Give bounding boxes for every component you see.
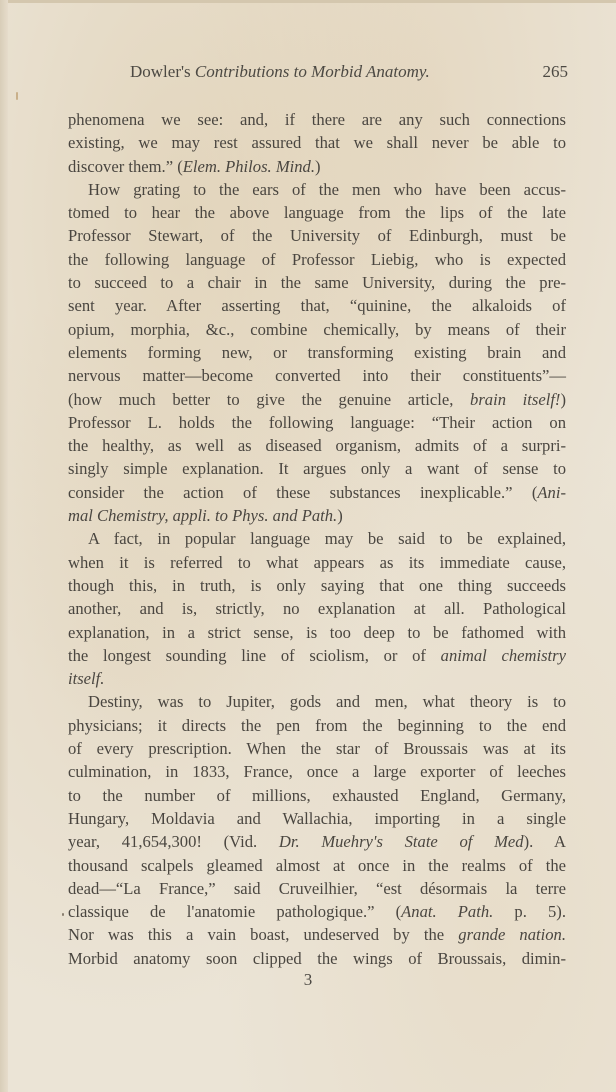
text-line: existing, we may rest assured that we sh… — [68, 131, 566, 154]
text-segment: consider the action of these substances … — [68, 483, 537, 502]
text-segment: culmination, in 1833, France, once a lar… — [68, 762, 566, 781]
text-line: culmination, in 1833, France, once a lar… — [68, 760, 566, 783]
text-segment: Professor Stewart, of the University of … — [68, 226, 566, 245]
text-segment: though this, in truth, is only saying th… — [68, 576, 566, 595]
text-line: opium, morphia, &c., combine chemically,… — [68, 318, 566, 341]
text-segment: ) — [337, 506, 343, 525]
text-line: to succeed to a chair in the same Univer… — [68, 271, 566, 294]
stain-mark — [16, 92, 18, 100]
text-segment: the longest sounding line of sciolism, o… — [68, 646, 441, 665]
text-segment: Destiny, was to Jupiter, gods and men, w… — [88, 692, 566, 711]
text-line: phenomena we see: and, if there are any … — [68, 108, 566, 131]
text-segment: existing, we may rest assured that we sh… — [68, 133, 566, 152]
page-number: 265 — [543, 62, 569, 82]
running-header: Dowler's Contributions to Morbid Anatomy… — [130, 62, 568, 86]
text-line: Professor Stewart, of the University of … — [68, 224, 566, 247]
text-segment: the following language of Professor Lieb… — [68, 250, 566, 269]
text-segment: tomed to hear the above language from th… — [68, 203, 566, 222]
text-segment: (how much better to give the genuine art… — [68, 390, 470, 409]
text-segment: ). A — [524, 832, 566, 851]
text-segment: Nor was this a vain boast, undeserved by… — [68, 925, 458, 944]
text-line: dead—“La France,” said Cruveilhier, “est… — [68, 877, 566, 900]
text-line: sent year. After asserting that, “quinin… — [68, 294, 566, 317]
text-line: the healthy, as well as diseased organis… — [68, 434, 566, 457]
text-line: explanation, in a strict sense, is too d… — [68, 621, 566, 644]
italic-text: Ani- — [537, 483, 566, 502]
text-line: nervous matter—become converted into the… — [68, 364, 566, 387]
text-line: singly simple explanation. It argues onl… — [68, 457, 566, 480]
text-segment: singly simple explanation. It argues onl… — [68, 459, 566, 478]
text-line: A fact, in popular language may be said … — [68, 527, 566, 550]
book-page: Dowler's Contributions to Morbid Anatomy… — [0, 0, 616, 1092]
text-line: physicians; it directs the pen from the … — [68, 714, 566, 737]
text-line: to the number of millions, exhausted Eng… — [68, 784, 566, 807]
text-line: Destiny, was to Jupiter, gods and men, w… — [68, 690, 566, 713]
text-segment: opium, morphia, &c., combine chemically,… — [68, 320, 566, 339]
text-line: when it is referred to what appears as i… — [68, 551, 566, 574]
text-segment: another, and is, strictly, no explanatio… — [68, 599, 566, 618]
text-segment: How grating to the ears of the men who h… — [88, 180, 566, 199]
running-title: Dowler's Contributions to Morbid Anatomy… — [130, 62, 430, 82]
text-line: of every prescription. When the star of … — [68, 737, 566, 760]
text-line: elements forming new, or transforming ex… — [68, 341, 566, 364]
running-title-italic: Contributions to Morbid Anatomy. — [195, 62, 430, 81]
page-binding-edge — [0, 0, 8, 1092]
text-segment: elements forming new, or transforming ex… — [68, 343, 566, 362]
text-segment: nervous matter—become converted into the… — [68, 366, 566, 385]
text-segment: Morbid anatomy soon clipped the wings of… — [68, 949, 566, 968]
text-segment: thousand scalpels gleamed almost at once… — [68, 856, 566, 875]
text-line: though this, in truth, is only saying th… — [68, 574, 566, 597]
italic-text: grande nation. — [458, 925, 566, 944]
text-segment: physicians; it directs the pen from the … — [68, 716, 566, 735]
text-segment: dead—“La France,” said Cruveilhier, “est… — [68, 879, 566, 898]
body-text: phenomena we see: and, if there are any … — [68, 108, 566, 970]
ink-speck — [74, 208, 76, 211]
text-line: How grating to the ears of the men who h… — [68, 178, 566, 201]
italic-text: itself. — [68, 669, 104, 688]
ink-speck — [62, 913, 64, 916]
italic-text: animal chemistry — [441, 646, 566, 665]
text-line: Professor L. holds the following languag… — [68, 411, 566, 434]
text-segment: discover them.” ( — [68, 157, 183, 176]
text-line: another, and is, strictly, no explanatio… — [68, 597, 566, 620]
text-segment: ) — [560, 390, 566, 409]
text-segment: Hungary, Moldavia and Wallachia, importi… — [68, 809, 566, 828]
text-segment: classique de l'anatomie pathologique.” ( — [68, 902, 401, 921]
text-line: thousand scalpels gleamed almost at once… — [68, 854, 566, 877]
text-segment: when it is referred to what appears as i… — [68, 553, 566, 572]
text-line: consider the action of these substances … — [68, 481, 566, 504]
text-segment: year, 41,654,300! (Vid. — [68, 832, 279, 851]
text-segment: explanation, in a strict sense, is too d… — [68, 623, 566, 642]
text-line: (how much better to give the genuine art… — [68, 388, 566, 411]
running-title-prefix: Dowler's — [130, 62, 195, 81]
text-line: tomed to hear the above language from th… — [68, 201, 566, 224]
text-line: the following language of Professor Lieb… — [68, 248, 566, 271]
text-line: Morbid anatomy soon clipped the wings of… — [68, 947, 566, 970]
text-line: itself. — [68, 667, 566, 690]
text-line: year, 41,654,300! (Vid. Dr. Muehry's Sta… — [68, 830, 566, 853]
text-segment: the healthy, as well as diseased organis… — [68, 436, 566, 455]
italic-text: brain itself! — [470, 390, 560, 409]
text-segment: of every prescription. When the star of … — [68, 739, 566, 758]
text-line: mal Chemistry, appli. to Phys. and Path.… — [68, 504, 566, 527]
text-line: classique de l'anatomie pathologique.” (… — [68, 900, 566, 923]
text-segment: A fact, in popular language may be said … — [88, 529, 566, 548]
signature-mark: 3 — [0, 970, 616, 990]
text-line: Nor was this a vain boast, undeserved by… — [68, 923, 566, 946]
text-segment: Professor L. holds the following languag… — [68, 413, 566, 432]
text-segment: phenomena we see: and, if there are any … — [68, 110, 566, 129]
text-segment: to succeed to a chair in the same Univer… — [68, 273, 566, 292]
italic-text: Anat. Path. — [401, 902, 493, 921]
text-segment: ) — [315, 157, 321, 176]
text-segment: p. 5). — [493, 902, 566, 921]
italic-text: Dr. Muehry's State of Med — [279, 832, 524, 851]
text-line: Hungary, Moldavia and Wallachia, importi… — [68, 807, 566, 830]
italic-text: mal Chemistry, appli. to Phys. and Path. — [68, 506, 337, 525]
text-line: the longest sounding line of sciolism, o… — [68, 644, 566, 667]
text-line: discover them.” (Elem. Philos. Mind.) — [68, 155, 566, 178]
text-segment: sent year. After asserting that, “quinin… — [68, 296, 566, 315]
text-segment: to the number of millions, exhausted Eng… — [68, 786, 566, 805]
italic-text: Elem. Philos. Mind. — [183, 157, 315, 176]
page-top-edge — [0, 0, 616, 3]
